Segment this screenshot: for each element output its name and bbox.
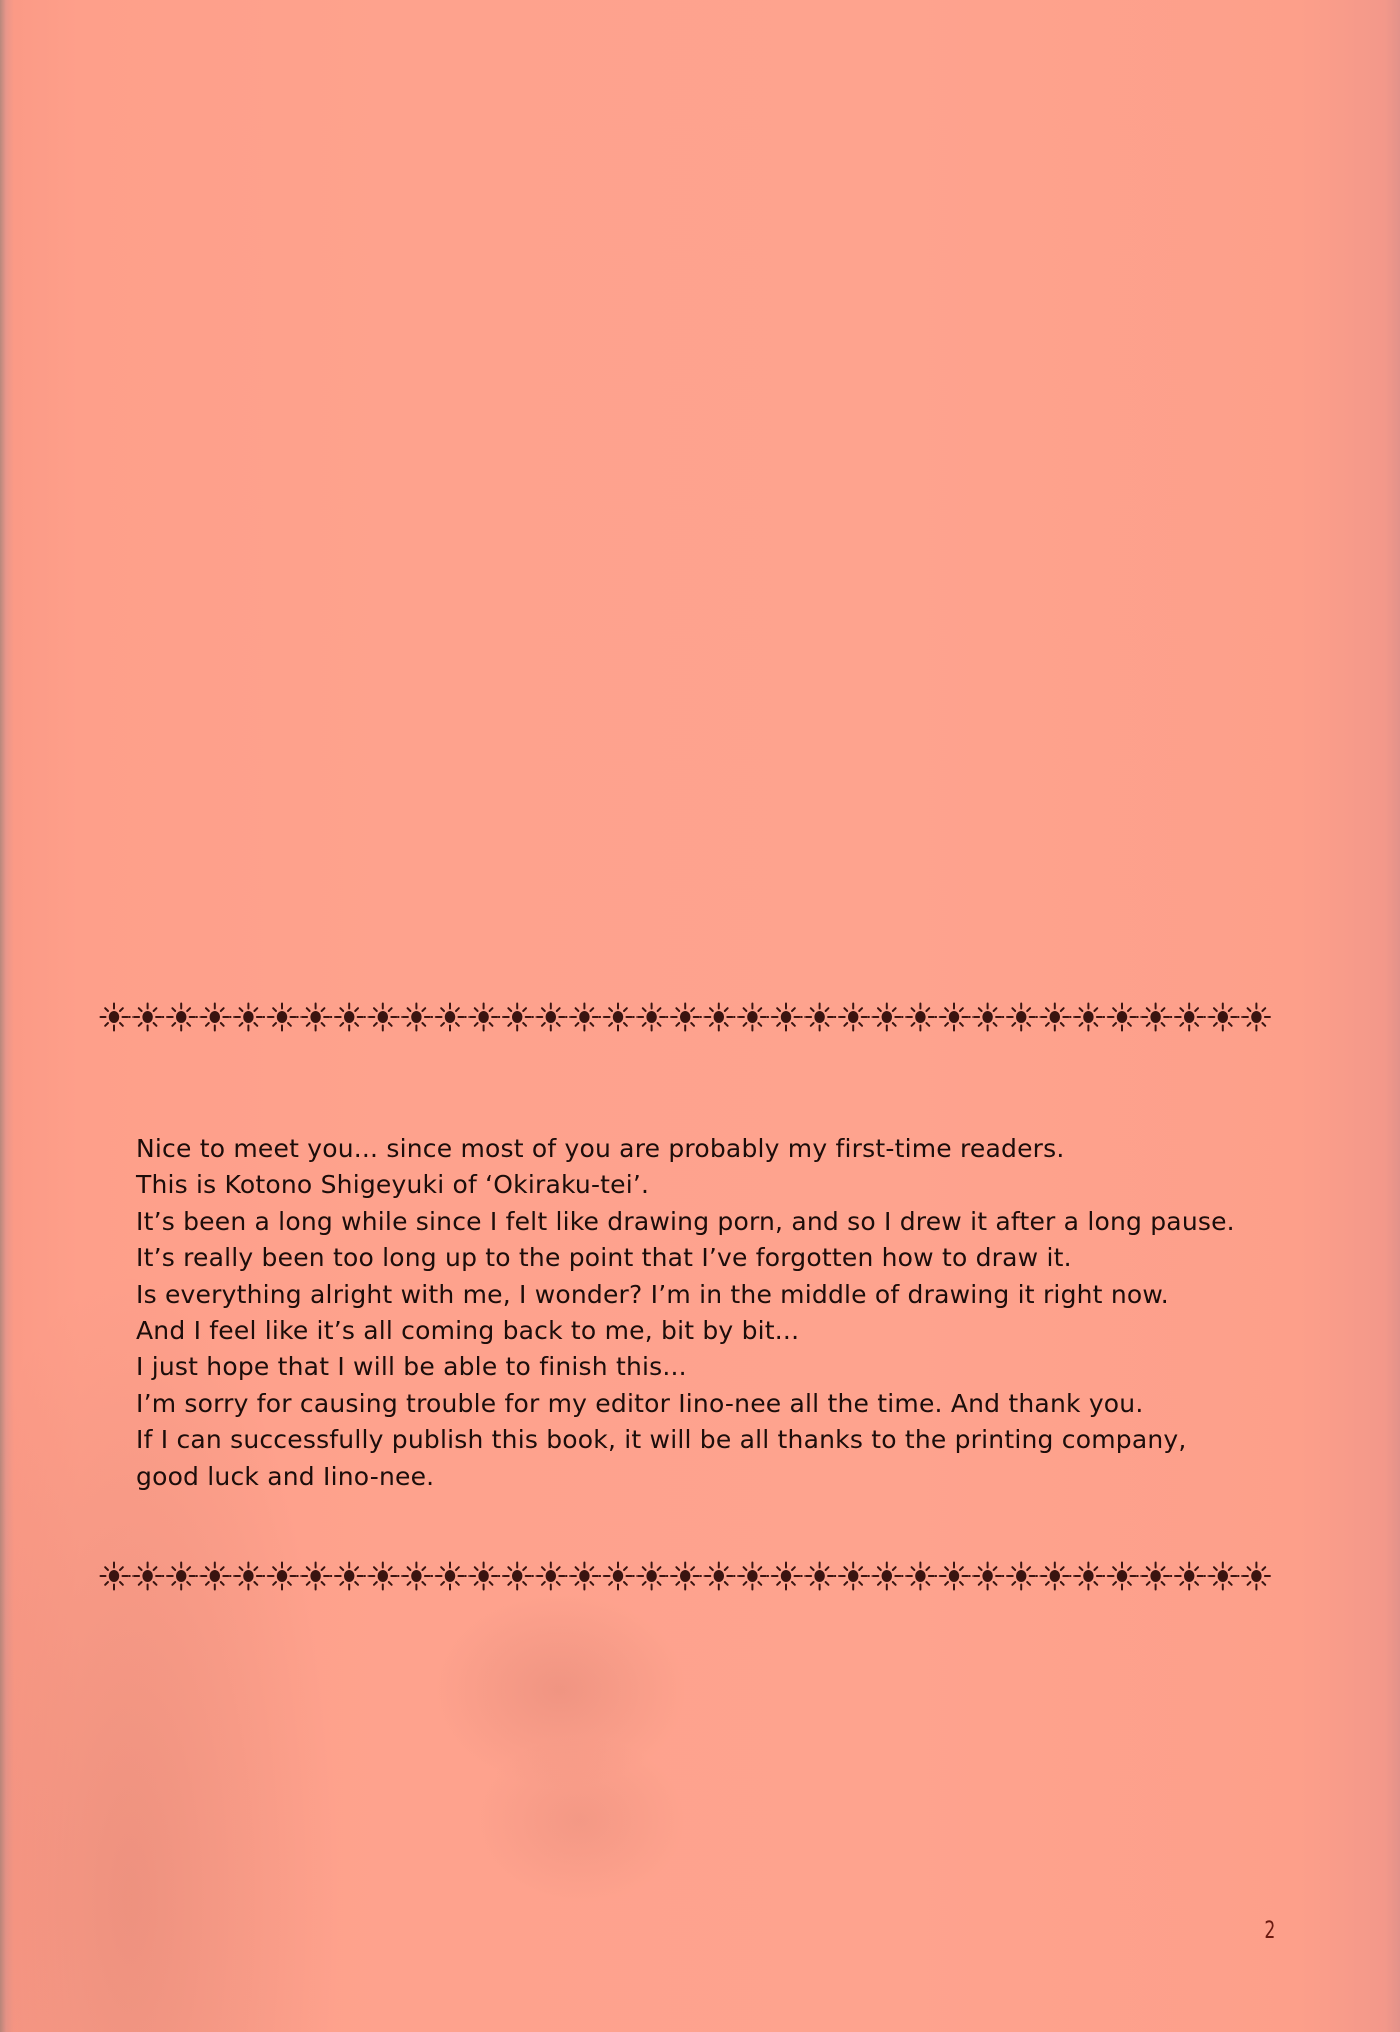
afterword-line: Is everything alright with me, I wonder?… bbox=[136, 1277, 1235, 1313]
sun-icon bbox=[806, 1563, 839, 1590]
sun-icon bbox=[941, 1004, 974, 1031]
sun-icon bbox=[134, 1563, 167, 1590]
sun-icon bbox=[605, 1563, 638, 1590]
sun-icon bbox=[369, 1004, 402, 1031]
afterword-line: Nice to meet you... since most of you ar… bbox=[136, 1131, 1235, 1167]
sun-icon bbox=[605, 1004, 638, 1031]
sun-icon bbox=[235, 1563, 268, 1590]
sun-icon bbox=[403, 1004, 436, 1031]
sun-icon bbox=[1008, 1563, 1041, 1590]
sun-icon bbox=[1109, 1004, 1142, 1031]
afterword-text: Nice to meet you... since most of you ar… bbox=[136, 1131, 1235, 1495]
page-number: 2 bbox=[1264, 1916, 1275, 1944]
sun-icon bbox=[974, 1004, 1007, 1031]
sun-icon bbox=[336, 1563, 369, 1590]
sun-icon bbox=[1041, 1563, 1074, 1590]
sun-icon bbox=[1075, 1004, 1108, 1031]
afterword-line: good luck and Iino-nee. bbox=[136, 1459, 1235, 1495]
sun-icon bbox=[1209, 1004, 1242, 1031]
sun-icon bbox=[201, 1563, 234, 1590]
sun-icon bbox=[1075, 1563, 1108, 1590]
sun-icon bbox=[168, 1563, 201, 1590]
sun-icon bbox=[168, 1004, 201, 1031]
sun-icon bbox=[201, 1004, 234, 1031]
sun-icon bbox=[672, 1004, 705, 1031]
sun-icon bbox=[1243, 1004, 1270, 1031]
sun-icon bbox=[705, 1004, 738, 1031]
sun-icon bbox=[1041, 1004, 1074, 1031]
sun-icon bbox=[403, 1563, 436, 1590]
sun-icon bbox=[571, 1004, 604, 1031]
sun-icon bbox=[504, 1563, 537, 1590]
sun-icon bbox=[537, 1563, 570, 1590]
sun-icon bbox=[773, 1004, 806, 1031]
sun-icon bbox=[1243, 1563, 1270, 1590]
bottom-sun-divider bbox=[0, 1556, 1400, 1596]
sun-icon bbox=[1008, 1004, 1041, 1031]
sun-icon bbox=[101, 1563, 134, 1590]
sun-icon bbox=[907, 1004, 940, 1031]
sun-icon bbox=[974, 1563, 1007, 1590]
sun-icon bbox=[739, 1563, 772, 1590]
sun-icon bbox=[1176, 1004, 1209, 1031]
sun-icon bbox=[235, 1004, 268, 1031]
sun-icon bbox=[873, 1563, 906, 1590]
afterword-line: If I can successfully publish this book,… bbox=[136, 1422, 1235, 1458]
sun-icon bbox=[705, 1563, 738, 1590]
sun-icon bbox=[537, 1004, 570, 1031]
sun-icon bbox=[369, 1563, 402, 1590]
afterword-line: I just hope that I will be able to finis… bbox=[136, 1349, 1235, 1385]
sun-icon bbox=[302, 1004, 335, 1031]
sun-icon bbox=[269, 1004, 302, 1031]
afterword-line: And I feel like it’s all coming back to … bbox=[136, 1313, 1235, 1349]
sun-icon bbox=[571, 1563, 604, 1590]
sun-icon bbox=[302, 1563, 335, 1590]
afterword-line: I’m sorry for causing trouble for my edi… bbox=[136, 1386, 1235, 1422]
sun-icon bbox=[672, 1563, 705, 1590]
afterword-line: It’s really been too long up to the poin… bbox=[136, 1240, 1235, 1276]
sun-icon bbox=[840, 1004, 873, 1031]
sun-icon bbox=[941, 1563, 974, 1590]
sun-icon bbox=[1209, 1563, 1242, 1590]
afterword-line: This is Kotono Shigeyuki of ‘Okiraku-tei… bbox=[136, 1167, 1235, 1203]
sun-icon bbox=[1142, 1004, 1175, 1031]
sun-icon bbox=[134, 1004, 167, 1031]
sun-icon bbox=[470, 1004, 503, 1031]
sun-icon bbox=[437, 1004, 470, 1031]
sun-icon bbox=[1109, 1563, 1142, 1590]
afterword-line: It’s been a long while since I felt like… bbox=[136, 1204, 1235, 1240]
sun-icon bbox=[437, 1563, 470, 1590]
sun-icon bbox=[638, 1004, 671, 1031]
sun-icon bbox=[101, 1004, 134, 1031]
sun-icon bbox=[504, 1004, 537, 1031]
sun-icon bbox=[739, 1004, 772, 1031]
sun-icon bbox=[773, 1563, 806, 1590]
sun-icon bbox=[269, 1563, 302, 1590]
sun-icon bbox=[1176, 1563, 1209, 1590]
sun-icon bbox=[1142, 1563, 1175, 1590]
sun-icon bbox=[840, 1563, 873, 1590]
sun-icon bbox=[907, 1563, 940, 1590]
sun-icon bbox=[806, 1004, 839, 1031]
sun-icon bbox=[638, 1563, 671, 1590]
top-sun-divider bbox=[0, 997, 1400, 1037]
sun-icon bbox=[336, 1004, 369, 1031]
sun-icon bbox=[873, 1004, 906, 1031]
sun-icon bbox=[470, 1563, 503, 1590]
